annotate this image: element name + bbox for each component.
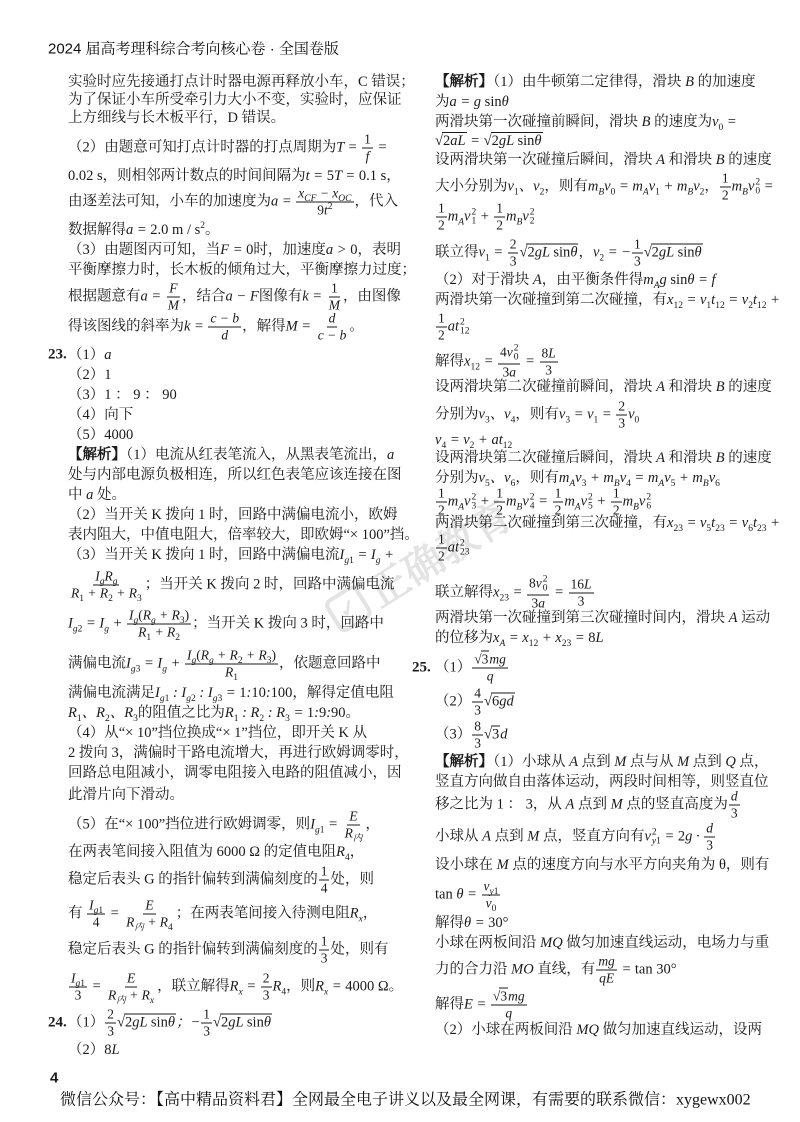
fraction: 12 (553, 487, 564, 518)
fraction: Ig(Rg + R2 + R3)R1 (185, 649, 278, 680)
text: 。 (349, 318, 364, 334)
text: （2）由题意可知打点计时器的打点周期为 (68, 139, 336, 155)
math-expression: v2 = − (593, 244, 631, 260)
fraction: ER内 + R4 (124, 899, 175, 930)
text: 两滑块第一次碰撞到第二次碰撞，有 (435, 292, 667, 308)
math-expression: a > 0 (326, 242, 358, 258)
math-expression: = tan 30° (618, 961, 677, 977)
fraction-numerator: 1 (201, 1008, 212, 1024)
fraction-denominator: q (503, 1006, 514, 1021)
text: ， (365, 816, 380, 832)
text: 分别为 (435, 470, 479, 486)
text: ，解得 (242, 318, 286, 334)
text: 的阻值之比为 (138, 705, 225, 721)
page-header-title: 2024 届高考理科综合考向核心卷 · 全国卷版 (48, 38, 339, 59)
fraction-numerator: Ig1 (69, 972, 87, 988)
q24-analysis-line: 12mAv21 + 12mBv22 (435, 202, 535, 233)
fraction-numerator: mg (596, 955, 617, 971)
math-expression: mBv26 (623, 493, 651, 509)
math-expression: Ig2 = Ig + (68, 615, 126, 631)
text: ，则 (286, 978, 315, 994)
fraction-numerator: 1 (632, 238, 643, 254)
q24-analysis-line: 联立解得x23 = 8v203a = 16L3 (435, 576, 595, 611)
text: 处与内部电源负极相连，所以红色表笔应该连接在图 (68, 467, 402, 483)
fraction-denominator: 3 (73, 988, 84, 1003)
math-expression: E = (464, 996, 490, 1012)
math-expression: at212 (448, 318, 470, 334)
text: 两滑块第一次碰撞到第三次碰撞时间内，滑块 A 运动 (435, 610, 770, 626)
q23-answer: （3）1 ： 9 ： 90 (68, 386, 177, 404)
text: 在两表笔间接入阻值为 6000 Ω 的定值电阻 (68, 844, 336, 860)
text: （2）小球在两板间沿 MQ 做匀加速直线运动，设两 (435, 1022, 762, 1038)
q25-analysis-line: 竖直方向做自由落体运动，两段时间相等，则竖直位 (435, 773, 769, 791)
fraction-numerator: 1 (494, 202, 505, 218)
fraction-numerator: 8L (540, 347, 558, 363)
text: 图像有 (259, 288, 303, 304)
text: ， (386, 168, 401, 184)
text: 力的合力沿 MO 直线，有 (435, 961, 595, 977)
text: 。 (205, 222, 220, 238)
math-expression: t = 5T = 0.1 s (306, 168, 387, 184)
fraction-denominator: 2 (720, 188, 731, 203)
text: ， (363, 905, 378, 921)
q24-analysis-line: √2aL = √2gL sinθ (435, 132, 543, 150)
q23-answer: （5）4000 (68, 426, 133, 444)
fraction: 12 (494, 202, 505, 233)
math-expression: mBv0 = mAv1 + mBv2 (588, 178, 705, 194)
fraction-numerator: d (704, 822, 715, 838)
text: （3）由题图丙可知，当 (68, 242, 220, 258)
math-expression: M = (286, 318, 315, 334)
math-expression: √2aL = √2gL sinθ (435, 133, 543, 149)
q23-analysis-line: 处与内部电源负极相连，所以红色表笔应该连接在图 (68, 466, 402, 484)
fraction-denominator: R内 + Rx (106, 988, 156, 1003)
fraction-denominator: 3 (543, 363, 554, 378)
text: 稳定后表头 G 的指针偏转到满偏刻度的 (68, 871, 318, 887)
question-number-24: 24. (48, 1015, 67, 1032)
q22-line: 平衡摩擦力时，长木板的倾角过大，平衡摩擦力过度； (68, 261, 416, 279)
fraction-numerator: 8v20 (527, 576, 550, 596)
q24-analysis-line: v4 = v2 + at12 (435, 431, 512, 449)
q23-analysis-line: 在两表笔间接入阻值为 6000 Ω 的定值电阻R4， (68, 843, 364, 861)
q24-answer: （1）23√2gL sinθ；−13√2gL sinθ (68, 1008, 272, 1039)
math-expression: mAv25 + (564, 493, 610, 509)
fraction: ER内 (343, 810, 365, 841)
text: （1）a (68, 347, 112, 363)
text: ，则有 (515, 406, 559, 422)
math-expression: v1 = (479, 244, 507, 260)
q23-analysis-line: 稳定后表头 G 的指针偏转到满偏刻度的13处，则有 (68, 935, 388, 966)
text: （2） (435, 693, 471, 709)
fraction: 8L3 (540, 347, 558, 378)
math-expression: xA = x12 + x23 = 8L (493, 630, 604, 646)
text: 处，则 (330, 871, 374, 887)
text: 满偏电流满足 (68, 685, 155, 701)
fraction-numerator: E (125, 972, 137, 988)
q25-analysis-line: 小球从 A 点到 M 点，竖直方向有v2y1 = 2g · d3 (435, 822, 716, 853)
math-expression: R4 (336, 844, 350, 860)
text: 两滑块第一次碰撞前瞬间，滑块 B 的速度为 (435, 114, 712, 130)
fraction: d3 (729, 790, 740, 821)
fraction: 1M (327, 282, 342, 313)
text: ，表明 (357, 242, 401, 258)
text: （1） (68, 1014, 104, 1030)
text: （3） (435, 726, 471, 742)
math-expression: = (550, 584, 567, 600)
math-expression: Rx = 4000 Ω (315, 978, 389, 994)
fraction-numerator: 2 (261, 972, 272, 988)
text: 小球在两板间沿 MQ 做匀加速直线运动，电场力与重 (435, 935, 769, 951)
text: 有 (68, 905, 86, 921)
analysis-label: 【解析】 (435, 74, 493, 90)
q24-analysis-line: 两滑块第一次碰撞到第二次碰撞，有x12 = v1t12 = v2t12 + (435, 291, 780, 309)
math-expression: Rx = (230, 978, 260, 994)
fraction-denominator: R1 + R2 (136, 625, 182, 640)
math-expression: 8L (104, 1042, 119, 1058)
fraction: dc − b (316, 312, 349, 343)
q23-analysis-line: （3）当开关 K 拨向 1 时，回路中满偏电流Ig1 = Ig + (68, 546, 394, 564)
text: ， (350, 844, 365, 860)
q22-line: 为了保证小车所受牵引力大小不变，实验时，应保证 (68, 91, 402, 109)
text: 实验时应先接通打点计时器电源再释放小车，C 错误； (68, 74, 415, 90)
text: 。 (346, 705, 361, 721)
fraction-denominator: M (166, 298, 181, 313)
fraction-numerator: E (347, 810, 359, 826)
text: 的位移为 (435, 630, 493, 646)
fraction-denominator: qE (597, 971, 616, 986)
math-expression: v0 = (712, 114, 737, 130)
q24-analysis-line: 解得x12 = 4v203a = 8L3 (435, 345, 559, 380)
fraction: √3mgq (472, 653, 508, 684)
math-expression: v5、v6 (479, 470, 516, 486)
text: ， (578, 244, 593, 260)
text: 。 (389, 978, 404, 994)
math-expression: √2gL sinθ (519, 244, 578, 260)
text: ，解得定值电阻 (292, 685, 394, 701)
fraction-denominator: R1 + R2 + R3 (69, 586, 144, 601)
q24-analysis-line: 12mAv23 + 12mBv24 = 12mAv25 + 12mBv26 (435, 487, 651, 518)
q22-line: 由逐差法可知，小车的加速度为a = xCF − xOC9t2，代入 (68, 187, 398, 218)
fraction-denominator: R1 (223, 665, 240, 680)
q24-analysis-line: 设两滑块第二次碰撞前瞬间，滑块 A 和滑块 B 的速度 (435, 378, 772, 396)
fraction-denominator: 3 (261, 988, 272, 1003)
math-expression: mBv24 = (506, 493, 552, 509)
fraction: 23 (508, 238, 519, 269)
math-expression: a = (141, 288, 165, 304)
fraction-denominator: q (485, 669, 496, 684)
fraction-numerator: 16L (569, 578, 594, 594)
text: ；当开关 K 拨向 3 时，回路中 (192, 615, 384, 631)
q25-analysis-line: （2）小球在两板间沿 MQ 做匀加速直线运动，设两 (435, 1021, 762, 1039)
fraction-numerator: Ig(Rg + R2 + R3) (185, 649, 278, 665)
fraction: 12 (611, 487, 622, 518)
math-expression: = (106, 905, 123, 921)
fraction-numerator: √3mg (491, 990, 527, 1006)
text: 上方细线与长木板平行，D 错误。 (68, 110, 285, 126)
q23-analysis-line: 中 a 处。 (68, 486, 126, 504)
math-expression: a = (271, 193, 295, 209)
text: 稳定后表头 G 的指针偏转到满偏刻度的 (68, 941, 318, 957)
fraction: mgqE (596, 955, 617, 986)
q24-analysis-line: 的位移为xA = x12 + x23 = 8L (435, 629, 604, 647)
text: 满偏电流 (68, 655, 126, 671)
fraction-numerator: 1 (553, 487, 564, 503)
math-expression: a = 2.0 m / s2 (126, 222, 205, 238)
fraction-denominator: 2 (436, 218, 447, 233)
text: ，则有 (544, 178, 588, 194)
q22-line: （3）由题图丙可知，当F = 0时，加速度a > 0，表明 (68, 241, 401, 259)
fraction: 12 (436, 312, 447, 343)
q25-answer: （3）83√3d (435, 720, 507, 751)
fraction: 16L3 (569, 578, 594, 609)
text: 竖直方向做自由落体运动，两段时间相等，则竖直位 (435, 774, 769, 790)
fraction-numerator: 1 (319, 935, 330, 951)
q24-analysis-line: 【解析】（1）由牛顿第二定律得，滑块 B 的加速度 (435, 73, 756, 91)
q22-line: 数据解得a = 2.0 m / s2。 (68, 221, 220, 239)
fraction-denominator: 2 (436, 328, 447, 343)
text: ，由图像 (343, 288, 401, 304)
fraction: 13 (319, 935, 330, 966)
text: ，结合 (182, 288, 226, 304)
fraction-numerator: 1 (436, 533, 447, 549)
q24-analysis-line: 两滑块第二次碰撞到第三次碰撞，有x23 = v5t23 = v6t23 + (435, 514, 780, 532)
math-expression: √3d (484, 726, 507, 742)
text: （2）1 (68, 367, 112, 383)
math-expression: mBv22 (506, 208, 534, 224)
fraction-denominator: 3 (729, 806, 740, 821)
math-expression: √2gL sinθ；− (117, 1014, 200, 1030)
fraction-numerator: Ig(Rg + R3) (127, 609, 191, 625)
math-expression: at223 (448, 539, 470, 555)
math-expression: Ig1 : Ig2 : Ig3 = 1:10:100 (155, 685, 292, 701)
math-expression: v1、v2 (508, 178, 545, 194)
q25-analysis-line: 小球在两板间沿 MQ 做匀加速直线运动，电场力与重 (435, 934, 769, 952)
text: ，联立解得 (157, 978, 230, 994)
fraction: vy1v0 (482, 880, 501, 911)
text: ， (704, 178, 719, 194)
fraction-denominator: 3 (105, 1024, 116, 1039)
text: （3）当开关 K 拨向 1 时，回路中满偏电流 (68, 547, 339, 563)
q23-answer: （1）a (68, 346, 112, 364)
text: 解得 (435, 915, 464, 931)
math-expression: = (88, 978, 105, 994)
fraction-numerator: d (729, 790, 740, 806)
text: 两滑块第二次碰撞到第三次碰撞，有 (435, 515, 667, 531)
text: 0.02 s，则相邻两计数点的时间间隔为 (68, 168, 306, 184)
q23-analysis-line: 此滑片向下滑动。 (68, 786, 184, 804)
q25-analysis-line: 力的合力沿 MO 直线，有mgqE = tan 30° (435, 955, 677, 986)
fraction: 4v203a (498, 345, 521, 380)
math-expression: tan θ = (435, 886, 481, 902)
q23-analysis-line: （5）在“× 100”挡位进行欧姆调零，则Ig1 = ER内， (68, 810, 380, 841)
q23-analysis-line: IgRgR1 + R2 + R3；当开关 K 拨向 2 时，回路中满偏电流 (68, 570, 394, 601)
fraction-numerator: 2 (105, 1008, 116, 1024)
text: 解得 (435, 353, 464, 369)
fraction: 12 (436, 533, 447, 564)
fraction-denominator: d (219, 328, 230, 343)
text: 中 a 处。 (68, 487, 126, 503)
fraction-denominator: 3 (616, 416, 627, 431)
text: 此滑片向下滑动。 (68, 787, 184, 803)
math-expression: k = (302, 288, 325, 304)
text: 小球从 A 点到 M 点，竖直方向有 (435, 828, 644, 844)
fraction-numerator: 1 (362, 133, 373, 149)
fraction-numerator: 1 (720, 172, 731, 188)
fraction: 83 (472, 720, 483, 751)
math-expression: x12 = v1t12 = v2t12 + (667, 292, 780, 308)
fraction-numerator: 2 (616, 400, 627, 416)
q25-analysis-line: 解得E = √3mgq (435, 990, 528, 1021)
math-expression: θ = 30° (464, 915, 508, 931)
q23-answer: （4）向下 (68, 406, 133, 424)
text: 设两滑块第二次碰撞后瞬间，滑块 A 和滑块 B 的速度 (435, 450, 772, 466)
math-expression: mAg sinθ = f (643, 272, 715, 288)
fraction: Ig(Rg + R3)R1 + R2 (127, 609, 191, 640)
text: 2 拨向 3，满偏时干路电流增大，再进行欧姆调零时， (68, 745, 409, 761)
math-expression: x23 = v5t23 = v6t23 + (667, 515, 780, 531)
q25-analysis-line: tan θ = vy1v0 (435, 880, 501, 911)
text: （3）1 ： 9 ： 90 (68, 387, 177, 403)
fraction-denominator: 3 (319, 951, 330, 966)
fraction-denominator: 2 (494, 218, 505, 233)
fraction: xCF − xOC9t2 (296, 187, 353, 218)
math-expression: mAv3 + mBv4 = mAv5 + mBv6 (559, 470, 720, 486)
math-expression: k = (184, 318, 207, 334)
q25-analysis-line: 【解析】（1）小球从 A 点到 M 点与从 M 点到 Q 点， (435, 753, 769, 771)
fraction-denominator: 3 (508, 254, 519, 269)
q24-analysis-line: 两滑块第一次碰撞前瞬间，滑块 B 的速度为v0 = (435, 113, 737, 131)
fraction: 23 (261, 972, 272, 1003)
fraction: 12 (436, 202, 447, 233)
fraction: 14 (319, 865, 330, 896)
text: 由逐差法可知，小车的加速度为 (68, 193, 271, 209)
q22-line: （2）由题意可知打点计时器的打点周期为T = 1f = (68, 133, 387, 164)
page-number: 4 (50, 1070, 58, 1087)
fraction-numerator: Ig1 (87, 899, 105, 915)
q23-analysis-line: 满偏电流满足Ig1 : Ig2 : Ig3 = 1:10:100，解得定值电阻 (68, 684, 394, 702)
math-expression: v3 = v1 = (559, 406, 615, 422)
question-number-23: 23. (48, 347, 67, 364)
fraction: 13 (632, 238, 643, 269)
q24-answer: （2）8L (68, 1041, 120, 1059)
fraction: 43 (472, 687, 483, 718)
fraction-numerator: vy1 (482, 880, 501, 896)
fraction-denominator: v0 (484, 896, 499, 911)
fraction-numerator: E (143, 899, 155, 915)
q24-analysis-line: 分别为v5、v6，则有mAv3 + mBv4 = mAv5 + mBv6 (435, 469, 720, 487)
fraction: ER内 + Rx (106, 972, 156, 1003)
fraction: 23 (105, 1008, 116, 1039)
math-expression: R1 : R2 : R3 = 1:9:90 (225, 705, 346, 721)
text: 得该图线的斜率为 (68, 318, 184, 334)
math-expression: a = g sinθ (450, 94, 509, 110)
q24-analysis-line: 两滑块第一次碰撞到第三次碰撞时间内，滑块 A 运动 (435, 609, 770, 627)
text: 设小球在 M 点的速度方向与水平方向夹角为 θ，则有 (435, 857, 769, 873)
fraction-numerator: d (327, 312, 338, 328)
fraction-numerator: IgRg (93, 570, 119, 586)
q22-line: 实验时应先接通打点计时器电源再释放小车，C 错误； (68, 73, 415, 91)
text: 数据解得 (68, 222, 126, 238)
fraction-denominator: 3 (201, 1024, 212, 1039)
math-expression: Rx (350, 905, 363, 921)
q25-answer: （1）√3mgq (435, 653, 509, 684)
text: 设两滑块第二次碰撞前瞬间，滑块 A 和滑块 B 的速度 (435, 379, 772, 395)
q24-analysis-line: 设两滑块第二次碰撞后瞬间，滑块 A 和滑块 B 的速度 (435, 449, 772, 467)
text: （4）从“× 10”挡位换成“× 1”挡位，即开关 K 从 (68, 725, 367, 741)
fraction-denominator: R内 (343, 826, 365, 841)
fraction-numerator: 2 (508, 238, 519, 254)
text: 联立得 (435, 244, 479, 260)
text: （2）当开关 K 拨向 1 时，回路中满偏电流小，欧姆 (68, 507, 397, 523)
text: 时，加速度 (253, 242, 326, 258)
text: ，依题意回路中 (279, 655, 381, 671)
fraction-numerator: 1 (611, 487, 622, 503)
math-expression: mAv21 + (448, 208, 494, 224)
math-expression: Ig1 = Ig + (339, 547, 393, 563)
fraction-numerator: 8 (472, 720, 483, 736)
fraction-numerator: 4v20 (498, 345, 521, 365)
text: ；当开关 K 拨向 2 时，回路中满偏电流 (145, 576, 395, 592)
q24-analysis-line: 联立得v1 = 23√2gL sinθ，v2 = −13√2gL sinθ (435, 238, 703, 269)
fraction-denominator: 3 (472, 703, 483, 718)
q25-analysis-line: 解得θ = 30° (435, 914, 508, 932)
math-expression: mAv23 + (448, 493, 494, 509)
fraction-denominator: 3 (576, 594, 587, 609)
math-expression: v2y1 = 2g · (644, 828, 703, 844)
q23-analysis-line: 回路总电阻减小，调零电阻接入电路的阻值减小，因 (68, 764, 402, 782)
fraction-numerator: √3mg (472, 653, 508, 669)
text: （2） (68, 1042, 104, 1058)
math-expression: v0 (628, 406, 639, 422)
fraction-numerator: F (167, 282, 179, 298)
text: 大小分别为 (435, 178, 508, 194)
math-expression: √6gd (484, 693, 515, 709)
fraction-numerator: 4 (472, 687, 483, 703)
text: （5）4000 (68, 427, 133, 443)
q23-analysis-line: 表内阻大，中值电阻大，倍率较大，即欧姆“× 100”挡。 (68, 526, 419, 544)
fraction-numerator: xCF − xOC (296, 187, 353, 203)
fraction-denominator: R内 + R4 (124, 915, 175, 930)
text: 表内阻大，中值电阻大，倍率较大，即欧姆“× 100”挡。 (68, 527, 419, 543)
fraction-denominator: 3 (632, 254, 643, 269)
math-expression: = (374, 139, 387, 155)
fraction-denominator: 4 (319, 881, 330, 896)
q24-analysis-line: 分别为v3、v4，则有v3 = v1 = 23v0 (435, 400, 639, 431)
fraction-denominator: 3 (704, 838, 715, 853)
math-expression: T = (336, 139, 361, 155)
fraction-denominator: 4 (91, 915, 102, 930)
math-expression: a − F (226, 288, 259, 304)
q23-analysis-line: Ig2 = Ig + Ig(Rg + R3)R1 + R2；当开关 K 拨向 3… (68, 609, 384, 640)
footer-notice: 微信公众号：【高中精品资料君】全网最全电子讲义以及最全网课，有需要的联系微信：x… (60, 1087, 751, 1110)
q25-analysis-line: 设小球在 M 点的速度方向与水平方向夹角为 θ，则有 (435, 856, 769, 874)
fraction-numerator: 1 (436, 202, 447, 218)
q24-analysis-line: 大小分别为v1、v2，则有mBv0 = mAv1 + mBv2，12mBv20 … (435, 172, 774, 203)
fraction-numerator: 1 (436, 487, 447, 503)
fraction-denominator: f (364, 149, 372, 164)
fraction: c − bd (208, 312, 241, 343)
q23-analysis-line: （2）当开关 K 拨向 1 时，回路中满偏电流小，欧姆 (68, 506, 397, 524)
fraction: 23 (616, 400, 627, 431)
text: （1）电流从红表笔流入，从黑表笔流出，a (126, 447, 394, 463)
fraction-numerator: 1 (494, 487, 505, 503)
text: 移之比为 1 ： 3，从 A 点到 M 点的竖直高度为 (435, 796, 728, 812)
fraction: IgRgR1 + R2 + R3 (69, 570, 144, 601)
fraction: FM (166, 282, 181, 313)
analysis-label: 【解析】 (435, 754, 493, 770)
fraction: 12 (720, 172, 731, 203)
fraction: 8v203a (527, 576, 550, 611)
